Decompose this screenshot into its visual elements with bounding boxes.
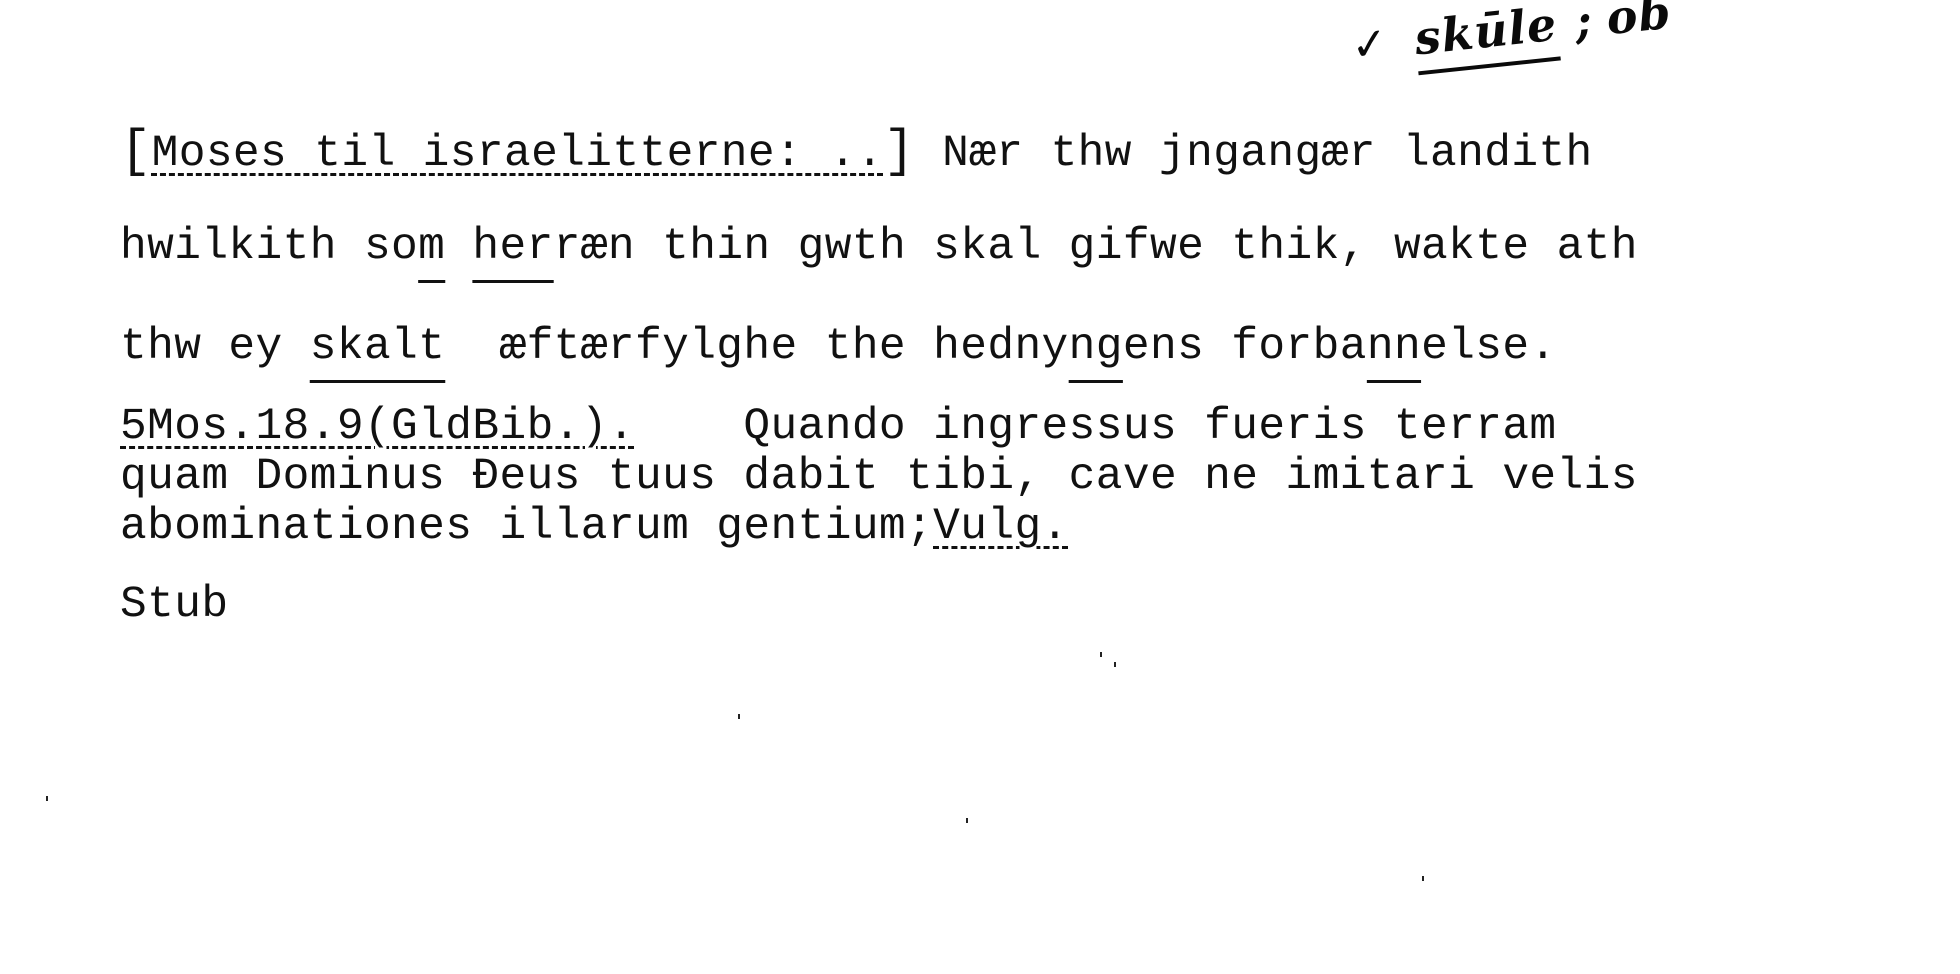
paper-speck [1422, 876, 1424, 881]
paper-speck [966, 818, 968, 823]
typed-line-2: hwilkith som herræn thin gwth skal gifwe… [120, 222, 1638, 272]
typed-line-6: abominationes illarum gentium;Vulg. [120, 502, 1069, 552]
typed-line-3: thw ey skalt æftærfylghe the hednyngens … [120, 322, 1557, 372]
source-reference: 5Mos.18.9(GldBib.). [120, 402, 635, 452]
handwritten-annotation: ✓skūle;ob [1348, 0, 1675, 82]
headword: skūle [1412, 0, 1561, 75]
typed-line-7: Stub [120, 580, 228, 630]
quotation-text: æftærfylghe the hedny [445, 322, 1068, 372]
underlined-letters: nn [1367, 322, 1421, 372]
underlined-letters: m [418, 222, 445, 272]
latin-text: Quando ingressus fueris terram [635, 402, 1557, 452]
underlined-letters: her [472, 222, 553, 272]
typed-line-4: 5Mos.18.9(GldBib.). Quando ingressus fue… [120, 402, 1557, 452]
quotation-text: hwilkith so [120, 222, 418, 272]
underlined-headword-form: skalt [310, 322, 446, 372]
annotation-tag: ob [1604, 0, 1674, 45]
context-note: Moses til israelitterne: .. [152, 129, 884, 179]
bracket-close: ] [883, 122, 915, 181]
quotation-text: Nær thw jngangær landith [915, 129, 1593, 179]
typed-line-1: [Moses til israelitterne: ..] Nær thw jn… [120, 122, 1593, 181]
quotation-text: thw ey [120, 322, 310, 372]
paper-speck [1100, 652, 1102, 657]
paper-speck [1114, 662, 1116, 667]
underlined-letters: ng [1069, 322, 1123, 372]
bracket-open: [ [120, 122, 152, 181]
quotation-text: ræn thin gwth skal gifwe thik, wakte ath [554, 222, 1638, 272]
quotation-text [445, 222, 472, 272]
typed-line-5: quam Dominus Ðeus tuus dabit tibi, cave … [120, 452, 1638, 502]
dictionary-slip: ✓skūle;ob [Moses til israelitterne: ..] … [0, 0, 1960, 974]
source-reference: Vulg. [933, 502, 1069, 552]
quotation-text: ens forba [1123, 322, 1367, 372]
quotation-text: else. [1421, 322, 1557, 372]
latin-text: abominationes illarum gentium; [120, 502, 933, 552]
paper-speck [46, 796, 48, 801]
author-signature: Stub [120, 580, 228, 630]
latin-text: quam Dominus Ðeus tuus dabit tibi, cave … [120, 452, 1638, 502]
check-mark-icon: ✓ [1349, 17, 1392, 72]
paper-speck [738, 714, 740, 719]
annotation-separator: ; [1572, 0, 1596, 49]
